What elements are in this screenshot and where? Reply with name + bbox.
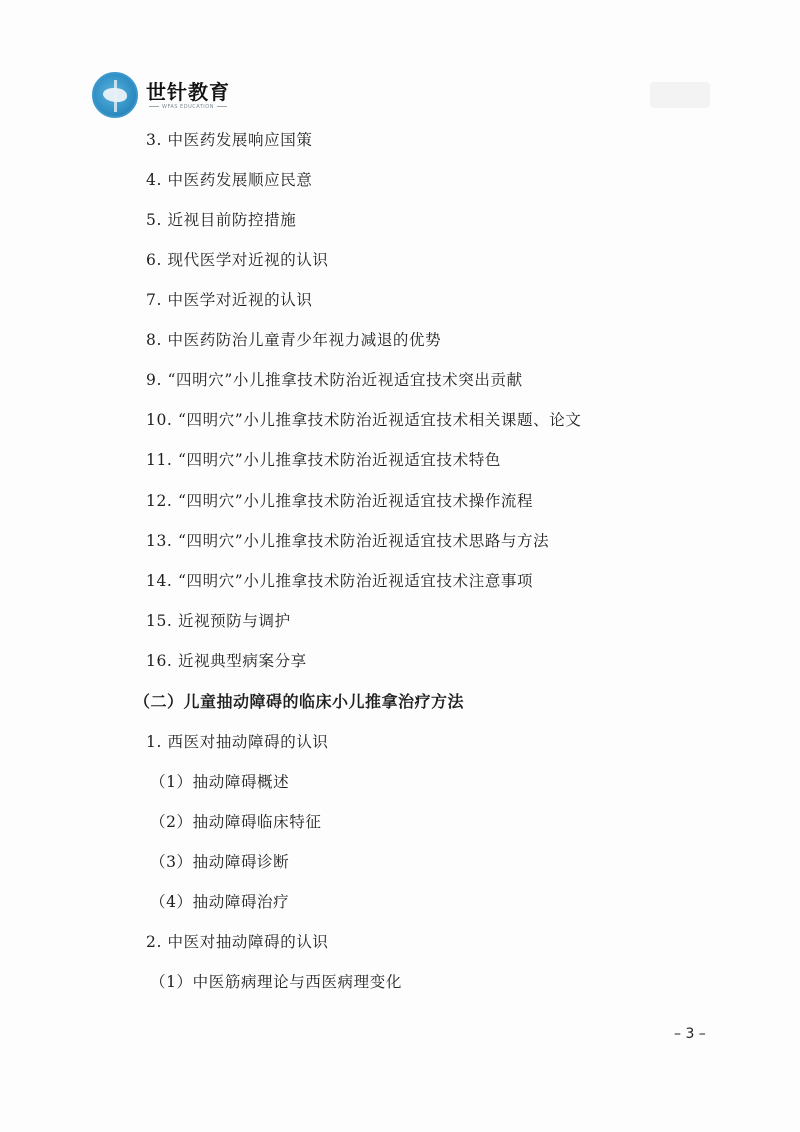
list-item: 13. “四明穴”小儿推拿技术防治近视适宜技术思路与方法	[146, 531, 549, 551]
list-item: 8. 中医药防治儿童青少年视力减退的优势	[146, 330, 441, 350]
scan-bleed-through	[650, 82, 710, 108]
list-subitem: （2）抽动障碍临床特征	[150, 812, 321, 832]
list-item: 6. 现代医学对近视的认识	[146, 250, 329, 270]
list-item: 3. 中医药发展响应国策	[146, 130, 312, 150]
list-item: 15. 近视预防与调护	[146, 611, 291, 631]
logo-subtitle: WFAS EDUCATION	[146, 104, 230, 110]
page-number: – 3 –	[674, 1026, 706, 1042]
list-subitem: （3）抽动障碍诊断	[150, 852, 289, 872]
section-heading: （二）儿童抽动障碍的临床小儿推拿治疗方法	[134, 692, 464, 712]
list-item: 9. “四明穴”小儿推拿技术防治近视适宜技术突出贡献	[146, 370, 523, 390]
list-item: 7. 中医学对近视的认识	[146, 290, 312, 310]
list-subitem: （1）中医筋病理论与西医病理变化	[150, 972, 402, 992]
list-item: 14. “四明穴”小儿推拿技术防治近视适宜技术注意事项	[146, 571, 533, 591]
logo-title: 世针教育	[146, 81, 230, 103]
list-item: 10. “四明穴”小儿推拿技术防治近视适宜技术相关课题、论文	[146, 410, 581, 430]
logo: 世针教育 WFAS EDUCATION	[92, 72, 230, 118]
list-subitem: （1）抽动障碍概述	[150, 772, 289, 792]
list-item: 1. 西医对抽动障碍的认识	[146, 732, 329, 752]
list-item: 2. 中医对抽动障碍的认识	[146, 932, 329, 952]
list-item: 16. 近视典型病案分享	[146, 651, 307, 671]
list-item: 12. “四明穴”小儿推拿技术防治近视适宜技术操作流程	[146, 491, 533, 511]
list-item: 4. 中医药发展顺应民意	[146, 170, 312, 190]
globe-icon	[92, 72, 138, 118]
list-subitem: （4）抽动障碍治疗	[150, 892, 289, 912]
list-item: 11. “四明穴”小儿推拿技术防治近视适宜技术特色	[146, 450, 501, 470]
list-item: 5. 近视目前防控措施	[146, 210, 296, 230]
